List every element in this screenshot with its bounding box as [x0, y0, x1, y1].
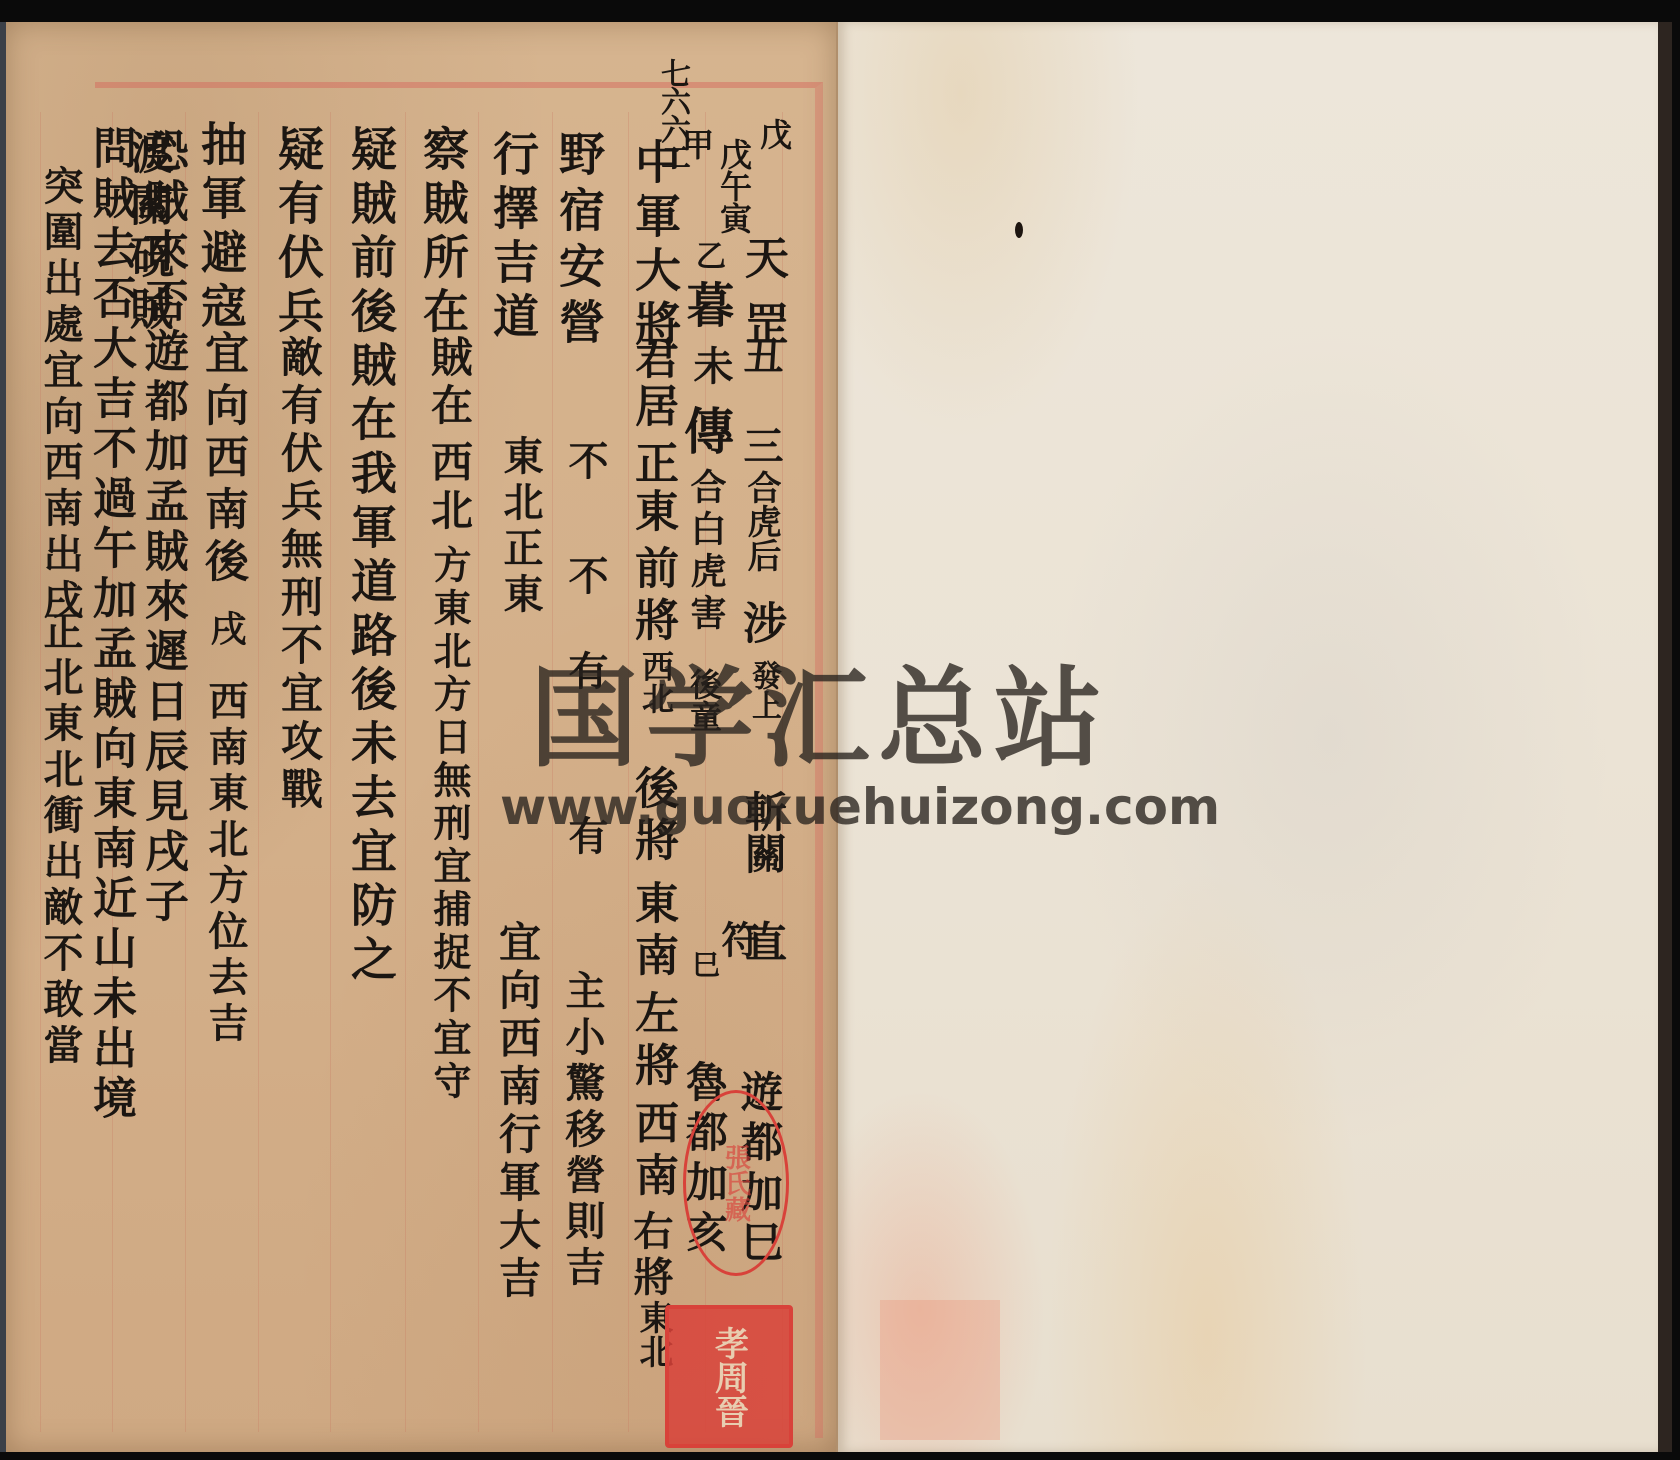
col3-junju: 君居	[630, 335, 674, 431]
col4-bu2: 不	[565, 555, 605, 595]
col9-xu: 戌	[208, 610, 244, 646]
col6-zeizai: 賊在	[428, 335, 470, 431]
col13-zhengbei: 正北東北衝出敵不敢當	[40, 610, 80, 1070]
col3-dongnan: 東南	[630, 880, 674, 984]
col1-branch: 戊午寅	[718, 138, 750, 234]
col2-yi: 乙	[692, 240, 722, 270]
grid-rule	[405, 112, 406, 1432]
col4-zhuxiaojing: 主小驚移營則吉	[562, 970, 602, 1292]
col6-xibei: 西北	[428, 440, 470, 536]
col2-chuan: 傳	[680, 405, 730, 455]
col4-bu1: 不	[565, 440, 605, 480]
col1-san: 三	[740, 425, 780, 465]
col8-diyou: 敵有伏兵無刑不宜攻戰	[278, 335, 320, 815]
col6-fang: 方東北方日無刑宜捕捉不宜守	[430, 545, 468, 1104]
wormhole-mark	[1015, 222, 1023, 238]
col7-yizei: 疑賊前後賊在我軍道路後未去宜防之	[348, 125, 394, 989]
col9-yixiang: 宜向西南後	[200, 330, 244, 590]
grid-rule	[478, 112, 479, 1432]
col2-wei: 未	[690, 345, 730, 385]
col9-xinan: 西南東北方位去吉	[205, 680, 245, 1048]
col3-youjiang: 右將	[630, 1210, 670, 1302]
watermark-title: 国学汇总站	[530, 632, 1110, 787]
book-right-edge	[1658, 22, 1672, 1452]
col2-jia: 甲	[680, 128, 712, 160]
watermark-url: www.guoxuehuizong.com	[500, 778, 1220, 836]
col2-fu: 符	[718, 920, 756, 958]
col4-yesu: 野宿安營	[556, 130, 602, 354]
col5-dongbei: 東北正東	[500, 435, 540, 619]
col5-yixiang: 宜向西南行軍大吉	[496, 920, 538, 1304]
col1-hehuhou: 合虎后	[744, 470, 778, 572]
col2-si: 巳	[690, 950, 718, 978]
col11-kongzei: 恐賊來否遊都加孟賊來遲日辰見戌子	[140, 128, 184, 928]
col8-yiyou: 疑有伏兵	[275, 125, 321, 341]
grid-rule	[330, 112, 331, 1432]
col5-xingze: 行擇吉道	[490, 130, 536, 346]
col2-hebaihu: 合白虎害	[688, 468, 724, 636]
col3-zhongjun: 中軍大將	[632, 138, 678, 354]
seal-square-red: 孝周晉	[665, 1305, 793, 1448]
col12-wenzei: 問賊去否大吉不過午加孟賊向東南近山未出境	[88, 125, 132, 1125]
col13-tuwei: 突圍出處宜向西南出戌	[40, 165, 80, 625]
col1-chou: 丑	[740, 335, 780, 375]
seal-oval-red: 張氏藏	[683, 1090, 789, 1276]
col1-stem: 戊	[758, 118, 790, 150]
col3-xinan: 西南	[630, 1100, 674, 1204]
grid-rule	[258, 112, 259, 1432]
col9-choujun: 抽軍避寇	[198, 120, 244, 336]
col3-zhengdong: 正東	[630, 440, 674, 536]
col6-chazei: 察賊所在	[420, 125, 466, 341]
col3-zuojiang: 左將	[630, 990, 674, 1094]
col2-mu: 暮	[682, 280, 730, 328]
seal-offset-faded	[880, 1300, 1000, 1440]
